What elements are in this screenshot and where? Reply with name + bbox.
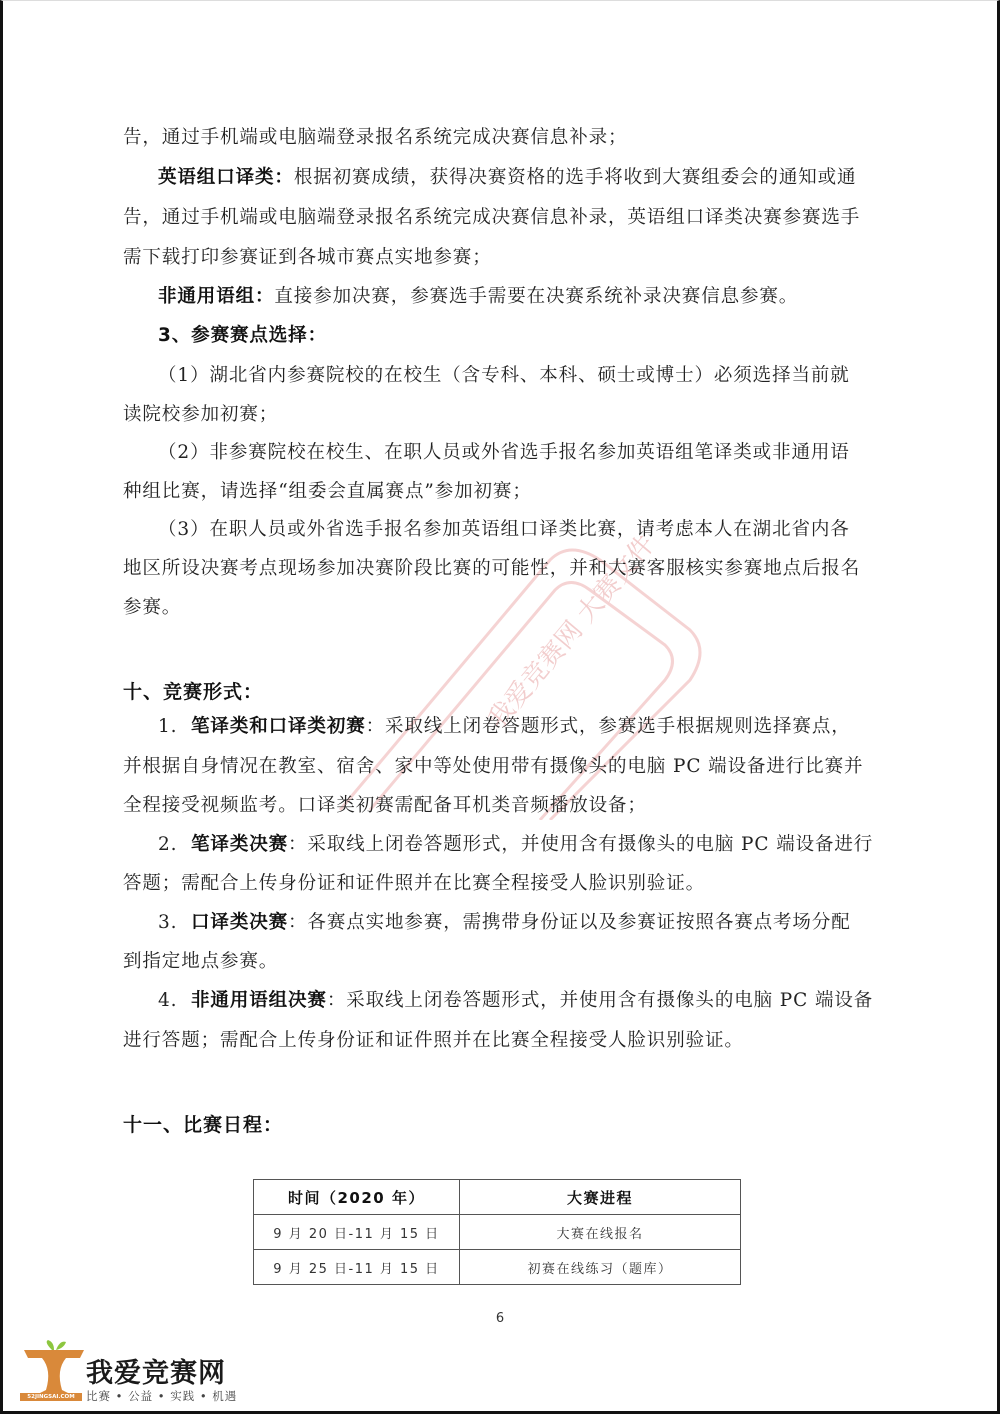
paragraph-line: 地区所设决赛考点现场参加决赛阶段比赛的可能性，并和大赛客服核实参赛地点后报名: [123, 557, 883, 581]
cell-progress: 大赛在线报名: [460, 1215, 741, 1250]
logo-tagline: 比赛 • 公益 • 实践 • 机遇: [86, 1388, 237, 1404]
paragraph-line: 全程接受视频监考。口译类初赛需配备耳机类音频播放设备；: [123, 794, 883, 818]
paragraph-non-common-language: 非通用语组：直接参加决赛，参赛选手需要在决赛系统补录决赛信息参赛。: [158, 285, 883, 309]
column-header-progress: 大赛进程: [460, 1180, 741, 1215]
format-item-1: 1. 笔译类和口译类初赛：采取线上闭卷答题形式，参赛选手根据规则选择赛点，: [158, 715, 883, 739]
paragraph-line: 读院校参加初赛；: [123, 403, 883, 427]
text: 根据初赛成绩，获得决赛资格的选手将收到大赛组委会的通知或通: [294, 167, 857, 188]
paragraph-line: 告，通过手机端或电脑端登录报名系统完成决赛信息补录；: [123, 126, 883, 150]
item-number: 4.: [158, 990, 177, 1011]
item-number: 3.: [158, 912, 177, 933]
schedule-table: 时间（2020 年） 大赛进程 9 月 20 日-11 月 15 日 大赛在线报…: [253, 1179, 741, 1285]
cell-time: 9 月 25 日-11 月 15 日: [254, 1250, 460, 1285]
paragraph-line: 到指定地点参赛。: [123, 950, 883, 974]
cell-progress: 初赛在线练习（题库）: [460, 1250, 741, 1285]
paragraph-line: 答题；需配合上传身份证和证件照并在比赛全程接受人脸识别验证。: [123, 872, 883, 896]
cell-time: 9 月 20 日-11 月 15 日: [254, 1215, 460, 1250]
subheading-venue-selection: 3、参赛赛点选择：: [158, 324, 883, 348]
paragraph-line: 参赛。: [123, 596, 883, 620]
table-row: 9 月 25 日-11 月 15 日 初赛在线练习（题库）: [254, 1250, 741, 1285]
paragraph-line: （1）湖北省内参赛院校的在校生（含专科、本科、硕士或博士）必须选择当前就: [158, 364, 883, 388]
item-label: 非通用语组决赛: [191, 990, 327, 1011]
section-heading-competition-format: 十、竞赛形式：: [123, 677, 263, 704]
item-label: 笔译类和口译类初赛: [191, 716, 366, 737]
table-row: 9 月 20 日-11 月 15 日 大赛在线报名: [254, 1215, 741, 1250]
format-item-2: 2. 笔译类决赛：采取线上闭卷答题形式，并使用含有摄像头的电脑 PC 端设备进行: [158, 833, 883, 857]
label-english-interpretation: 英语组口译类：: [158, 167, 294, 188]
table-header-row: 时间（2020 年） 大赛进程: [254, 1180, 741, 1215]
paragraph-line: （2）非参赛院校在校生、在职人员或外省选手报名参加英语组笔译类或非通用语: [158, 441, 883, 465]
format-item-4: 4. 非通用语组决赛：采取线上闭卷答题形式，并使用含有摄像头的电脑 PC 端设备: [158, 989, 883, 1013]
item-number: 2.: [158, 834, 177, 855]
paragraph-line: 并根据自身情况在教室、宿舍、家中等处使用带有摄像头的电脑 PC 端设备进行比赛并: [123, 755, 883, 779]
text: 直接参加决赛，参赛选手需要在决赛系统补录决赛信息参赛。: [274, 286, 798, 307]
item-label: 口译类决赛: [191, 912, 288, 933]
paragraph-line: 种组比赛，请选择“组委会直属赛点”参加初赛；: [123, 480, 883, 504]
item-number: 1.: [158, 716, 177, 737]
paragraph-english-interpretation: 英语组口译类：根据初赛成绩，获得决赛资格的选手将收到大赛组委会的通知或通: [158, 166, 883, 190]
label-non-common-language: 非通用语组：: [158, 286, 274, 307]
item-label: 笔译类决赛: [191, 834, 288, 855]
paragraph-line: 进行答题；需配合上传身份证和证件照并在比赛全程接受人脸识别验证。: [123, 1029, 883, 1053]
format-item-3: 3. 口译类决赛：各赛点实地参赛，需携带身份证以及参赛证按照各赛点考场分配: [158, 911, 883, 935]
paragraph-line: （3）在职人员或外省选手报名参加英语组口译类比赛，请考虑本人在湖北省内各: [158, 518, 883, 542]
logo-title: 我爱竞赛网: [86, 1351, 226, 1390]
text: ：采取线上闭卷答题形式，并使用含有摄像头的电脑 PC 端设备: [327, 990, 873, 1011]
paragraph-line: 需下载打印参赛证到各城市赛点实地参赛；: [123, 246, 883, 270]
column-header-time: 时间（2020 年）: [254, 1180, 460, 1215]
text: ：采取线上闭卷答题形式，并使用含有摄像头的电脑 PC 端设备进行: [288, 834, 873, 855]
text: ：各赛点实地参赛，需携带身份证以及参赛证按照各赛点考场分配: [288, 912, 851, 933]
section-heading-schedule: 十一、比赛日程：: [123, 1110, 283, 1137]
logo-url-badge: 52JINGSAI.COM: [20, 1393, 82, 1401]
paragraph-line: 告，通过手机端或电脑端登录报名系统完成决赛信息补录，英语组口译类决赛参赛选手: [123, 206, 883, 230]
page-number: 6: [0, 1311, 1000, 1326]
text: ：采取线上闭卷答题形式，参赛选手根据规则选择赛点，: [366, 716, 851, 737]
